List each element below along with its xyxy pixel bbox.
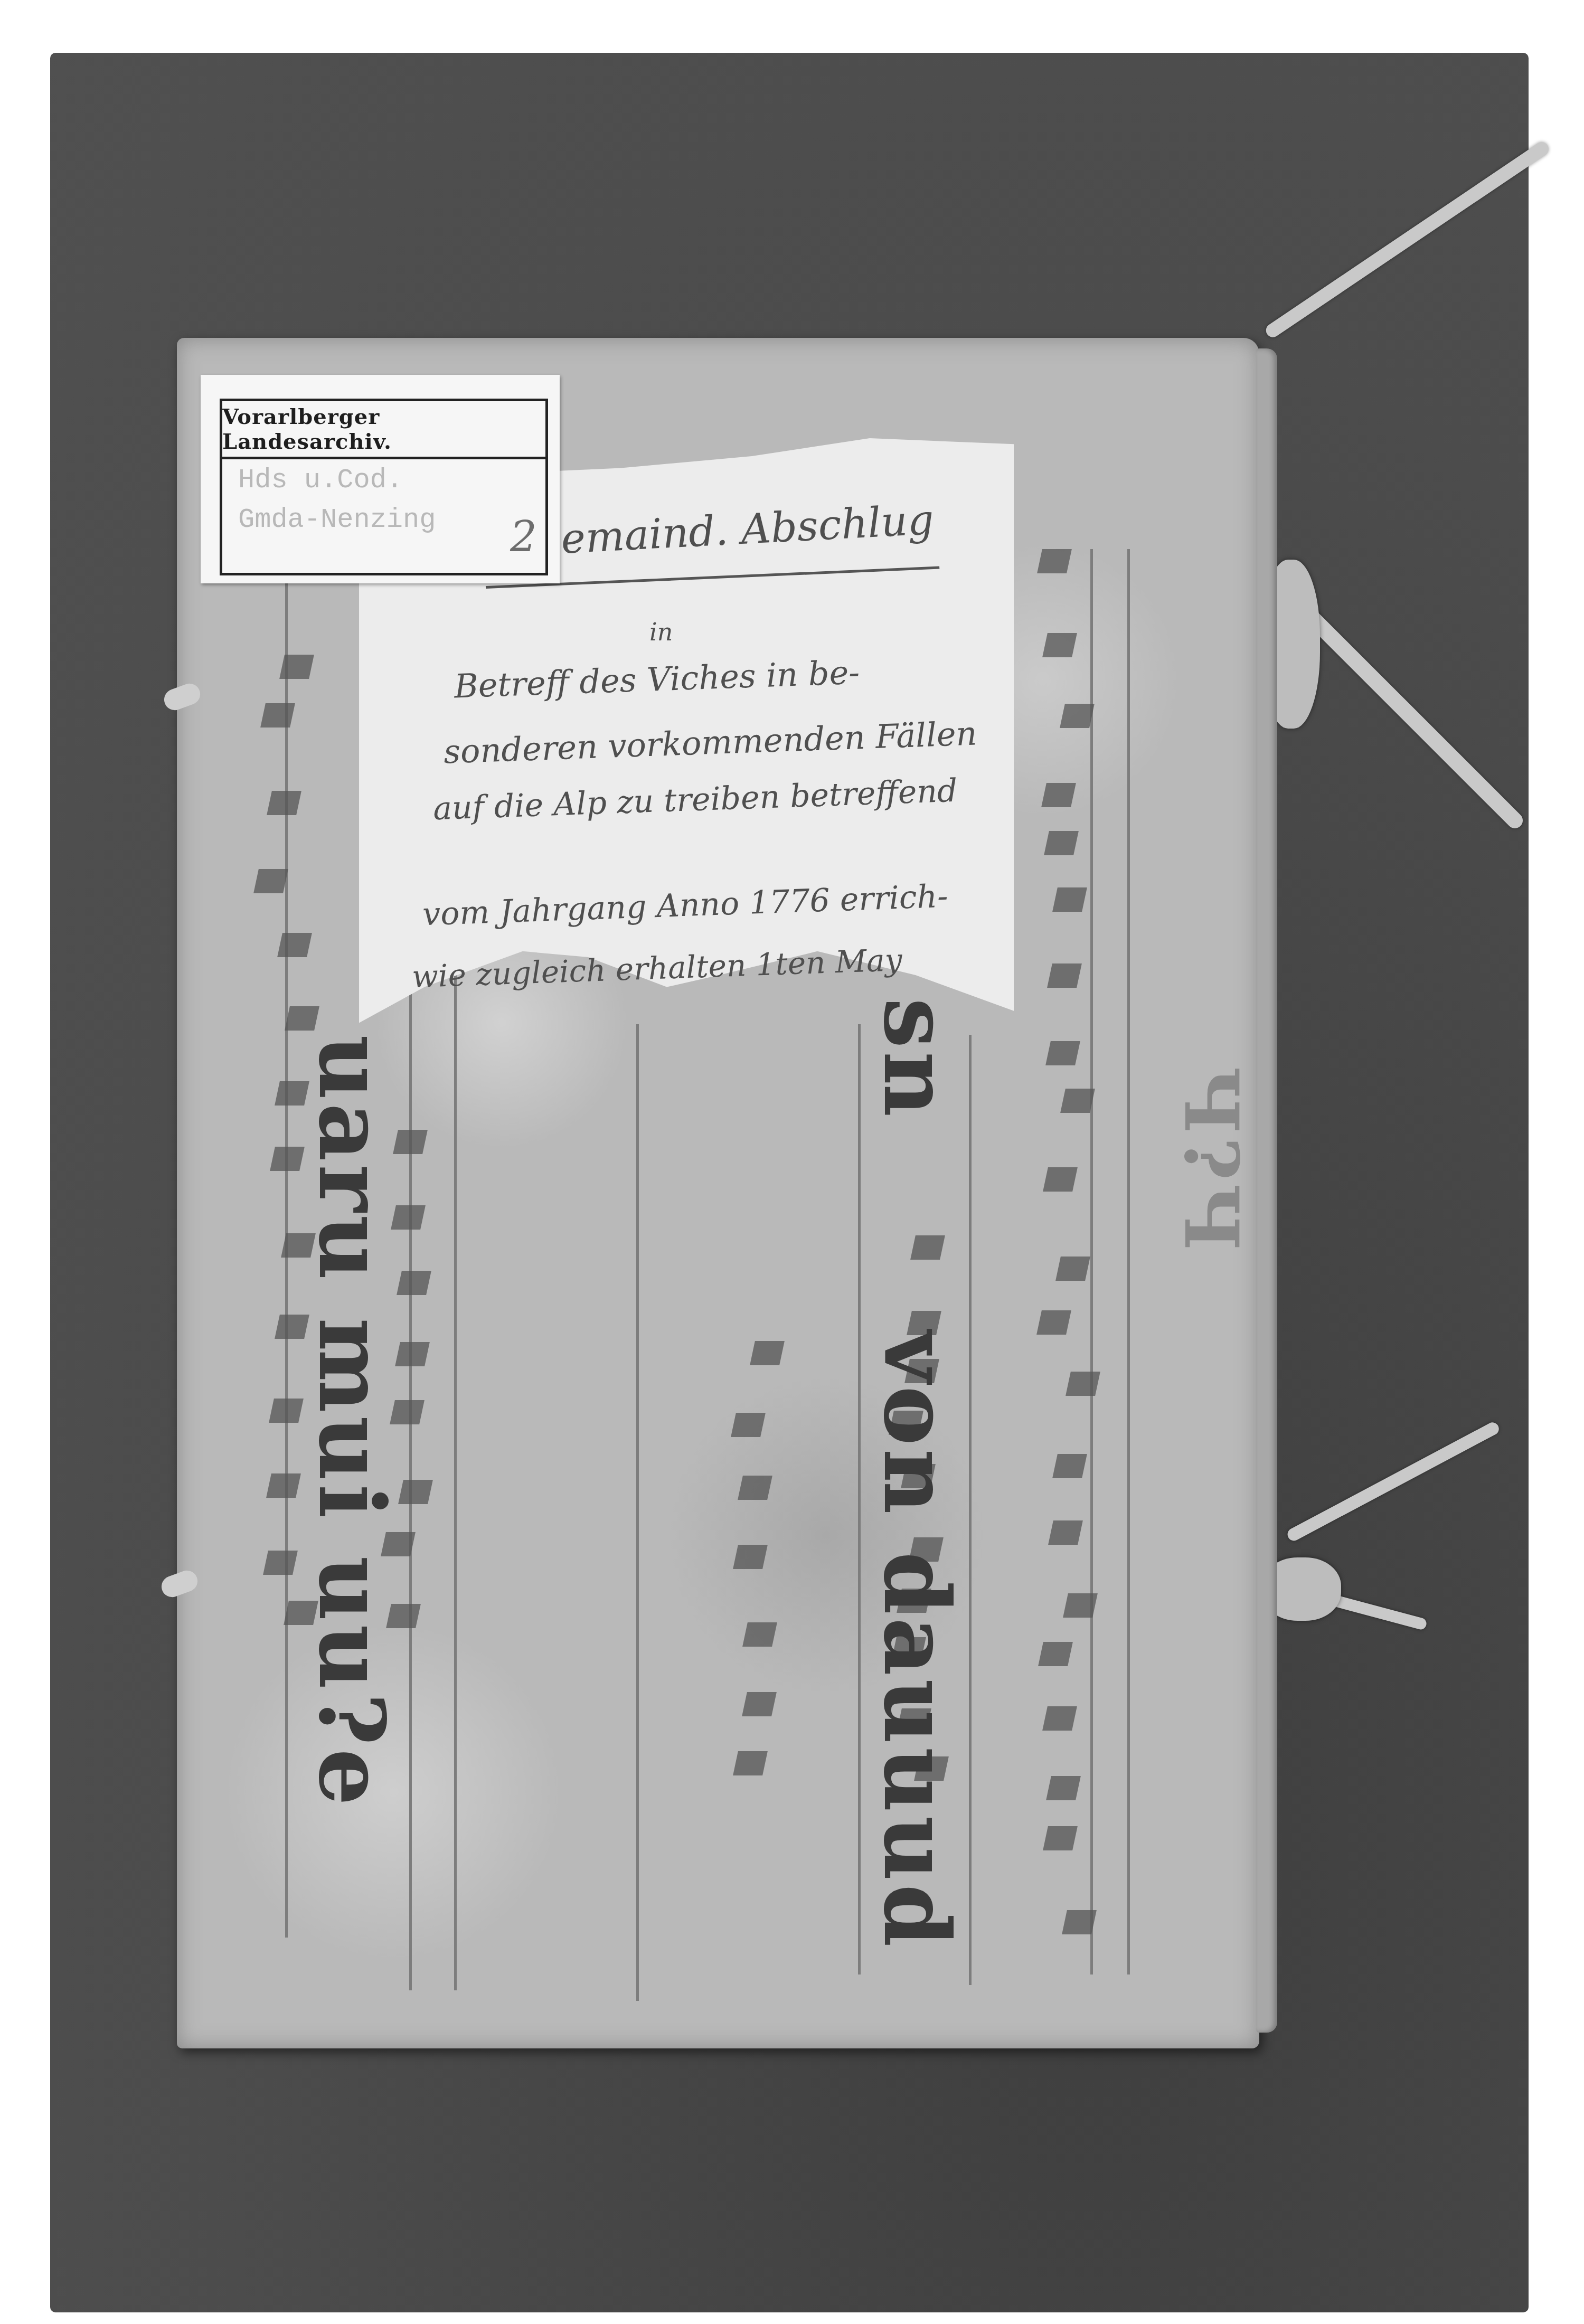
neume-mark — [1060, 704, 1095, 728]
neume-mark — [733, 1751, 768, 1775]
neume-mark — [253, 869, 288, 893]
neume-mark — [1042, 633, 1077, 657]
neume-mark — [1052, 887, 1087, 912]
neume-mark — [279, 655, 314, 679]
staff-line — [1127, 549, 1130, 1975]
neume-mark — [910, 1235, 945, 1260]
staff-line — [858, 1024, 861, 1975]
neume-mark — [260, 703, 295, 728]
neume-mark — [1043, 1826, 1078, 1850]
neume-mark — [1046, 1776, 1081, 1800]
gothic-text-top: sn — [863, 998, 969, 1120]
neume-mark — [277, 933, 312, 957]
gothic-text-middle: von dauuud — [863, 1330, 969, 1950]
neume-mark — [1048, 1520, 1083, 1545]
neume-mark — [1037, 549, 1072, 573]
archive-shelf-number: 2 — [510, 512, 537, 561]
archive-label: Vorarlberger Landesarchiv. Hds u.Cod. Gm… — [201, 375, 560, 583]
neume-mark — [1055, 1257, 1090, 1281]
archive-fonds: Gmda-Nenzing — [238, 504, 436, 535]
neume-mark — [285, 1006, 319, 1031]
neume-mark — [266, 1473, 301, 1498]
neume-mark — [1052, 1454, 1087, 1478]
gothic-text-right-edge: Ч?Ч — [1167, 1066, 1254, 1254]
archive-label-frame: Vorarlberger Landesarchiv. Hds u.Cod. Gm… — [220, 399, 548, 575]
neume-mark — [1044, 831, 1079, 855]
neume-mark — [1063, 1593, 1098, 1618]
staff-line — [1090, 549, 1093, 1975]
note-connector: in — [649, 618, 673, 646]
neume-mark — [1038, 1642, 1073, 1666]
neume-mark — [1043, 1167, 1078, 1192]
archive-institution: Vorarlberger Landesarchiv. — [222, 401, 545, 459]
neume-mark — [750, 1341, 785, 1365]
neume-mark — [1036, 1310, 1071, 1335]
staff-line — [969, 1035, 972, 1985]
neume-mark — [1062, 1910, 1097, 1934]
neume-mark — [1045, 1041, 1080, 1065]
neume-mark — [742, 1692, 777, 1716]
neume-mark — [1042, 1706, 1077, 1731]
neume-mark — [733, 1545, 768, 1569]
neume-mark — [738, 1476, 772, 1500]
staff-line — [636, 1024, 639, 2001]
neume-mark — [1060, 1089, 1095, 1113]
book-fore-edge — [1256, 348, 1277, 2033]
neume-mark — [1066, 1372, 1100, 1396]
neume-mark — [1047, 963, 1082, 988]
neume-mark — [742, 1622, 777, 1647]
neume-mark — [731, 1413, 766, 1437]
archive-collection: Hds u.Cod. — [238, 465, 403, 496]
neume-mark — [267, 791, 301, 815]
neume-mark — [263, 1551, 298, 1575]
gothic-text-left: uaru mui uu?e — [298, 1035, 404, 1809]
neume-mark — [1041, 783, 1076, 807]
